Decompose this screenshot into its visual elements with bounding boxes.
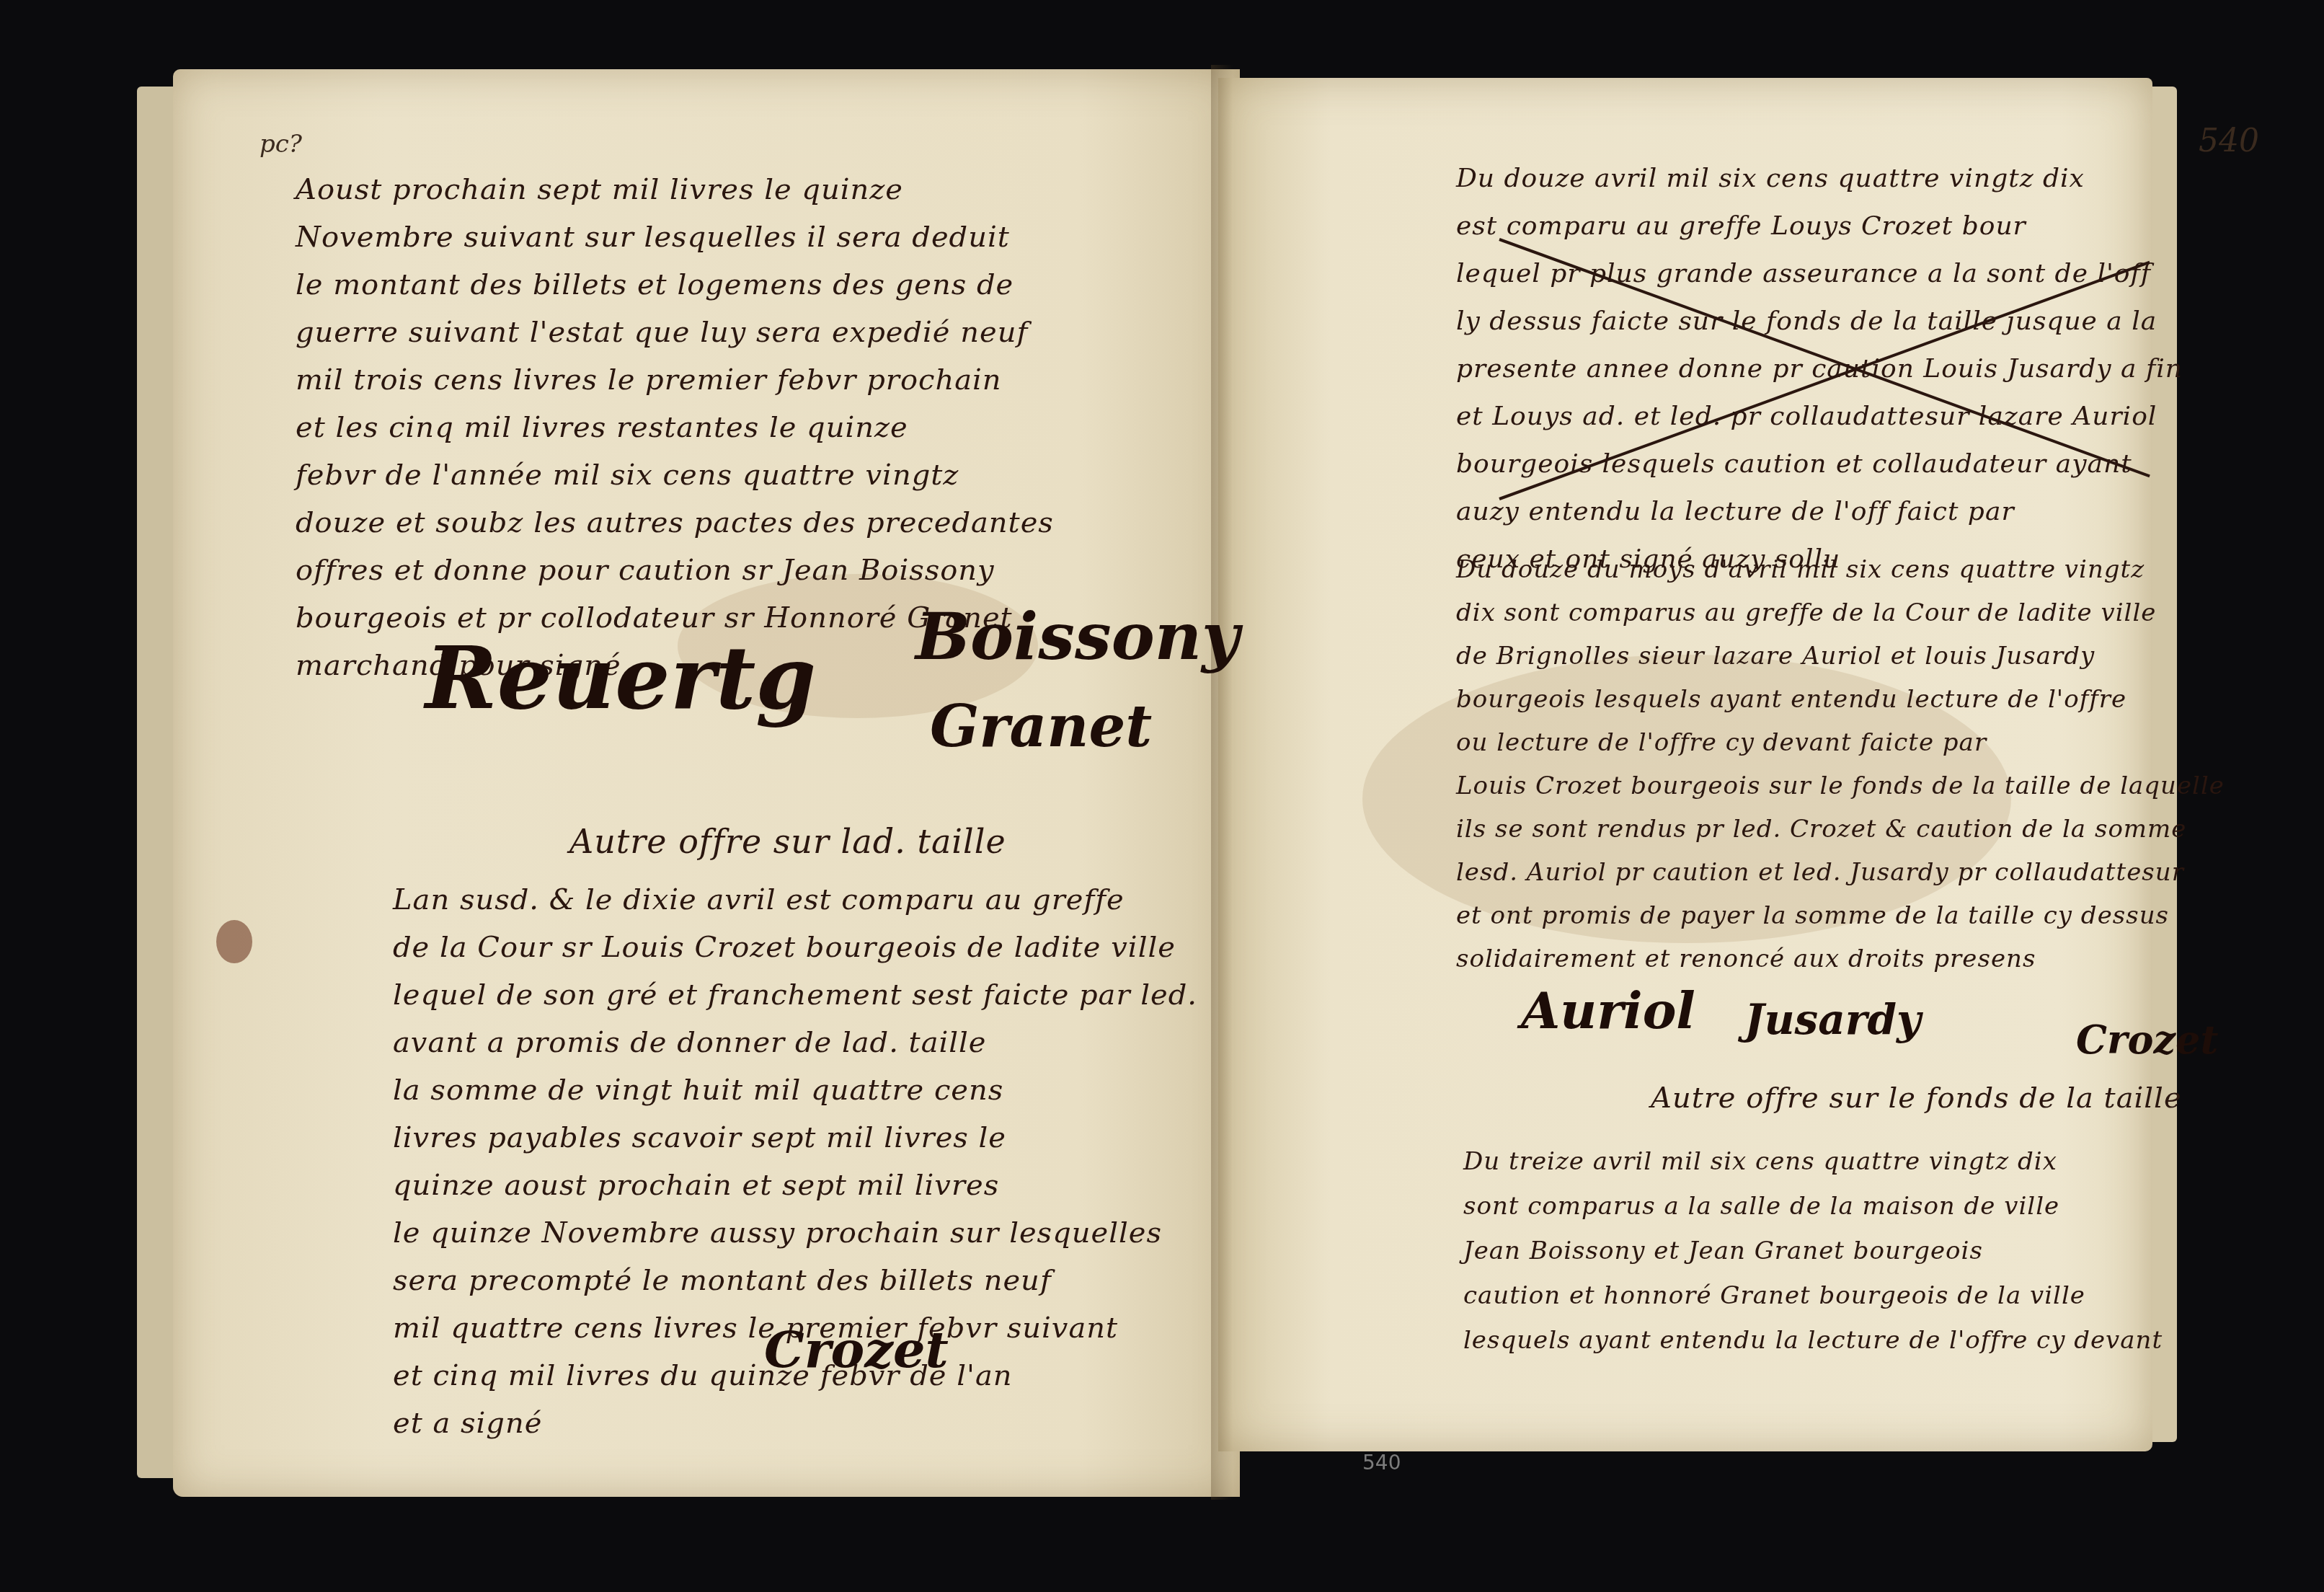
text-line: guerre suivant l'estat que luy sera expe… [296,309,1054,356]
text-line: caution et honnoré Granet bourgeois de l… [1463,1273,2163,1318]
text-line: Lan susd. & le dixie avril est comparu a… [393,876,1197,924]
text-line: Louis Crozet bourgeois sur le fonds de l… [1456,764,2225,808]
text-line: dix sont comparus au greffe de la Cour d… [1456,591,2225,634]
signature: Crozet [764,1319,949,1379]
text-line: Jean Boissony et Jean Granet bourgeois [1463,1229,2163,1273]
right-entry-3: Du treize avril mil six cens quattre vin… [1463,1139,2163,1363]
signature: Reuertg [425,627,816,729]
text-line: avant a promis de donner de lad. taille [393,1019,1197,1066]
text-line: le montant des billets et logemens des g… [296,261,1054,309]
text-line: lesd. Auriol pr caution et led. Jusardy … [1456,851,2225,894]
text-line: Aoust prochain sept mil livres le quinze [296,166,1054,213]
text-line: Du douze avril mil six cens quattre ving… [1456,155,2183,203]
text-line: Du treize avril mil six cens quattre vin… [1463,1139,2163,1184]
text-line: presente annee donne pr caution Louis Ju… [1456,345,2183,393]
text-line: Novembre suivant sur lesquelles il sera … [296,213,1054,261]
text-line: Du douze du moys d'avril mil six cens qu… [1456,548,2225,591]
text-line: livres payables scavoir sept mil livres … [393,1114,1197,1162]
text-line: le quinze Novembre aussy prochain sur le… [393,1209,1197,1257]
text-line: et les cinq mil livres restantes le quin… [296,404,1054,451]
section-heading: Autre offre sur le fonds de la taille [1651,1082,2182,1115]
corner-mark: pc? [260,130,302,159]
pencil-page-number: 540 [1362,1451,1401,1474]
text-line: ly dessus faicte sur le fonds de la tail… [1456,298,2183,345]
text-line: et Louys ad. et led. pr collaudattesur l… [1456,393,2183,441]
text-line: douze et soubz les autres pactes des pre… [296,499,1054,547]
signature: Auriol [1521,981,1695,1040]
text-line: est comparu au greffe Louys Crozet bour [1456,203,2183,250]
ink-blot [216,920,252,963]
text-line: bourgeois lesquels ayant entendu lecture… [1456,678,2225,721]
text-line: sont comparus a la salle de la maison de… [1463,1184,2163,1229]
text-line: quinze aoust prochain et sept mil livres [393,1162,1197,1209]
text-line: et a signé [393,1399,1197,1447]
signature: Jusardy [1744,995,1921,1044]
text-line: de Brignolles sieur lazare Auriol et lou… [1456,634,2225,678]
text-line: offres et donne pour caution sr Jean Boi… [296,547,1054,594]
book-gutter [1211,65,1233,1500]
text-line: sera precompté le montant des billets ne… [393,1257,1197,1304]
text-line: solidairement et renoncé aux droits pres… [1456,937,2225,981]
text-line: de la Cour sr Louis Crozet bourgeois de … [393,924,1197,971]
signature: Granet [930,692,1152,760]
text-line: auzy entendu la lecture de l'off faict p… [1456,488,2183,536]
text-line: lesquels ayant entendu la lecture de l'o… [1463,1318,2163,1363]
signature: Boissony [915,598,1239,675]
signature: Crozet [2076,1017,2218,1063]
folio-number: 540 [2199,123,2259,159]
section-heading: Autre offre sur lad. taille [569,822,1006,861]
right-entry-2: Du douze du moys d'avril mil six cens qu… [1456,548,2225,981]
text-line: la somme de vingt huit mil quattre cens [393,1066,1197,1114]
text-line: ou lecture de l'offre cy devant faicte p… [1456,721,2225,764]
text-line: ils se sont rendus pr led. Crozet & caut… [1456,808,2225,851]
text-line: mil trois cens livres le premier febvr p… [296,356,1054,404]
text-line: et ont promis de payer la somme de la ta… [1456,894,2225,937]
text-line: febvr de l'année mil six cens quattre vi… [296,451,1054,499]
text-line: lequel de son gré et franchement sest fa… [393,971,1197,1019]
right-entry-1: Du douze avril mil six cens quattre ving… [1456,155,2183,583]
